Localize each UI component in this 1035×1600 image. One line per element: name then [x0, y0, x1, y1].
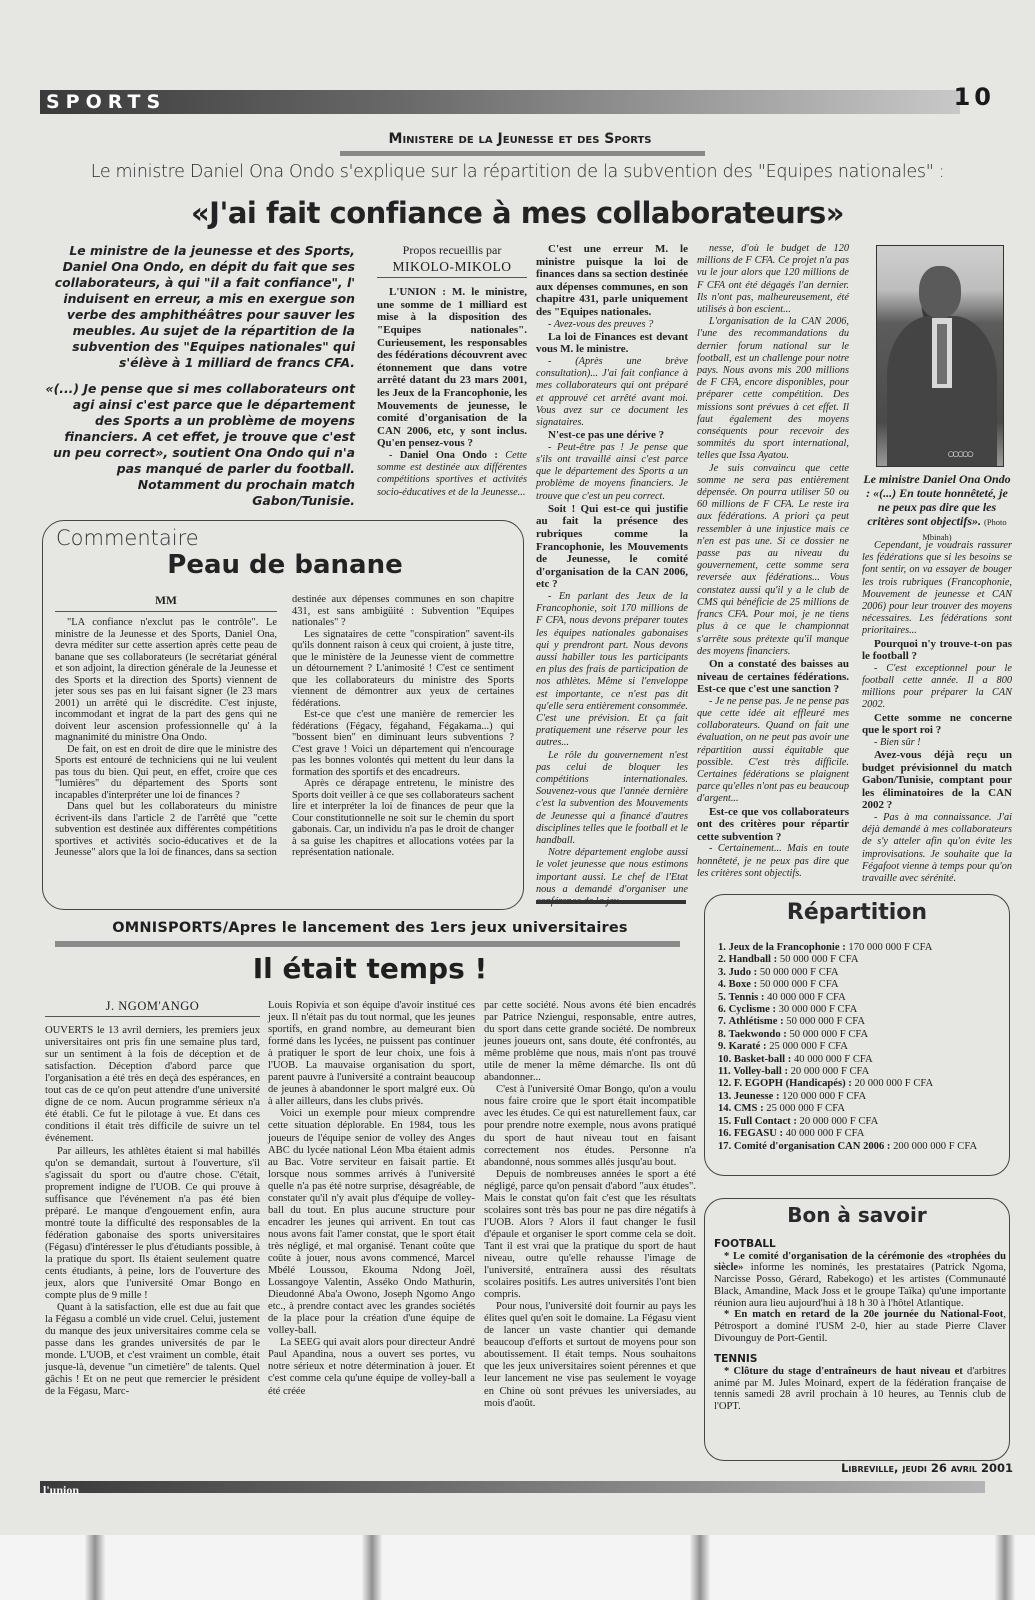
list-item: 12. F. EGOPH (Handicapés) : 20 000 000 F… [718, 1078, 1008, 1090]
interview-question: Avez-vous déjà reçu un budget prévisionn… [862, 749, 1012, 812]
page-number: 10 [954, 83, 995, 111]
interview-column-2: C'est une erreur M. le ministre puisque … [536, 243, 688, 908]
interview-column-3: nesse, d'où le budget de 120 millions de… [697, 243, 849, 880]
interview-answer: - Je ne pense pas. Je ne pense pas que c… [697, 696, 849, 806]
article2-column-1: J. NGOM'ANGO OUVERTS le 13 avril dernier… [45, 1000, 260, 1399]
byline-author: J. NGOM'ANGO [45, 1000, 260, 1017]
list-item: 10. Basket-ball : 40 000 000 F CFA [718, 1054, 1008, 1066]
scan-artifact [85, 1535, 105, 1600]
brief-item: * Clôture du stage d'entraîneurs de haut… [714, 1366, 1006, 1413]
interview-question: La loi de Finances est devant vous M. le… [536, 331, 688, 356]
list-item: 5. Tennis : 40 000 000 F CFA [718, 992, 1008, 1004]
speaker-label: - Daniel Ona Ondo : [389, 450, 505, 461]
commentary-title: Peau de banane [40, 550, 530, 580]
newspaper-logo: l'union [40, 1483, 79, 1497]
interview-column-1: Propos recueillis par MIKOLO-MIKOLO L'UN… [377, 243, 527, 499]
repartition-title: Répartition [704, 900, 1010, 925]
interview-answer: - Pas à ma connaissance. J'ai déjà deman… [862, 812, 1012, 885]
commentary-paragraph: "LA confiance n'exclut pas le contrôle".… [55, 617, 277, 744]
list-item: 7. Athlétisme : 50 000 000 F CFA [718, 1016, 1008, 1028]
section-label: SPORTS [40, 91, 166, 113]
omnisports-kicker: OMNISPORTS/Apres le lancement des 1ers j… [40, 920, 700, 936]
commentary-paragraph: De fait, on est en droit de dire que le … [55, 744, 277, 802]
commentary-paragraph: Dans quel but les collaborateurs du mini… [55, 801, 277, 859]
list-item: 16. FEGASU : 40 000 000 F CFA [718, 1128, 1008, 1140]
section-heading: FOOTBALL [714, 1239, 1006, 1251]
column-end-rule [536, 900, 686, 904]
scan-artifact [362, 1535, 382, 1600]
interview-question: On a constaté des baisses au niveau de c… [697, 658, 849, 696]
kicker-rule [340, 151, 705, 156]
commentary-kicker: Commentaire [56, 526, 199, 550]
interview-question: Cette somme ne concerne que le sport roi… [862, 712, 1012, 737]
commentary-paragraph: Après ce dérapage entretenu, le ministre… [292, 778, 514, 859]
commentary-paragraph: Est-ce que c'est une manière de remercie… [292, 709, 514, 778]
kicker-rule [55, 941, 680, 947]
commentary-byline: MM [55, 595, 277, 612]
section-heading: TENNIS [714, 1354, 1006, 1366]
interview-answer: Je suis convaincu que cette somme ne ser… [697, 463, 849, 658]
list-item: 3. Judo : 50 000 000 F CFA [718, 967, 1008, 979]
interview-answer: Le rôle du gouvernement n'est pas celui … [536, 750, 688, 848]
interview-question: Pourquoi n'y trouve-t-on pas le football… [862, 638, 1012, 663]
article-paragraph: par cette société. Nous avons été bien e… [484, 1000, 696, 1084]
list-item: 6. Cyclisme : 30 000 000 F CFA [718, 1004, 1008, 1016]
article-paragraph: Pour nous, l'université doit fournir au … [484, 1301, 696, 1409]
commentary-paragraph: destinée aux dépenses communes en son ch… [292, 594, 514, 629]
interview-answer: - En parlant des Jeux de la Francophonie… [536, 591, 688, 750]
minister-photo: ○○○○○ [876, 245, 1004, 467]
footer-bar: l'union [40, 1481, 985, 1493]
interview-question: Soit ! Qui est-ce qui justifie au fait l… [536, 503, 688, 591]
interview-answer: - Peut-être pas ! Je pense que s'ils ont… [536, 442, 688, 503]
brief-item: * En match en retard de la 20e journée d… [714, 1309, 1006, 1344]
interview-column-4: Cependant, je voudrais rassurer les fédé… [862, 540, 1012, 885]
commentary-column-1: "LA confiance n'exclut pas le contrôle".… [55, 617, 277, 859]
bon-a-savoir-body: FOOTBALL * Le comité d'organisation de l… [714, 1237, 1006, 1413]
list-item: 17. Comité d'organisation CAN 2006 : 200… [718, 1141, 1008, 1153]
list-item: 14. CMS : 25 000 000 F CFA [718, 1103, 1008, 1115]
list-item: 2. Handball : 50 000 000 F CFA [718, 954, 1008, 966]
list-item: 8. Taekwondo : 50 000 000 F CFA [718, 1029, 1008, 1041]
list-item: 13. Jeunesse : 120 000 000 F CFA [718, 1091, 1008, 1103]
commentary-column-2: destinée aux dépenses communes en son ch… [292, 594, 514, 859]
interview-answer: L'organisation de la CAN 2006, l'une des… [697, 316, 849, 462]
article-kicker: Ministere de la Jeunesse et des Sports [340, 131, 700, 147]
article2-column-3: par cette société. Nous avons été bien e… [484, 1000, 696, 1410]
bon-a-savoir-title: Bon à savoir [704, 1203, 1010, 1227]
interview-answer: nesse, d'où le budget de 120 millions de… [697, 243, 849, 316]
scan-margin [0, 1535, 1035, 1600]
article-headline: Il était temps ! [40, 952, 700, 985]
article-paragraph: Par ailleurs, les athlètes étaient si ma… [45, 1146, 260, 1303]
article-paragraph: Louis Ropivia et son équipe d'avoir inst… [268, 1000, 475, 1108]
article-headline: «J'ai fait confiance à mes collaborateur… [30, 196, 1005, 230]
interview-question: N'est-ce pas une dérive ? [536, 429, 688, 442]
lead-paragraph: Le ministre de la jeunesse et des Sports… [45, 243, 355, 371]
interview-answer: - Avez-vous des preuves ? [536, 319, 688, 331]
list-item: 11. Volley-ball : 20 000 000 F CFA [718, 1066, 1008, 1078]
article2-column-2: Louis Ropivia et son équipe d'avoir inst… [268, 1000, 475, 1398]
lead-paragraph: «(...) Je pense que si mes collaborateur… [45, 381, 355, 509]
photo-caption: Le ministre Daniel Ona Ondo : «(...) En … [862, 472, 1012, 544]
article-lead: Le ministre de la jeunesse et des Sports… [45, 243, 355, 509]
commentary-paragraph: Les signataires de cette "conspiration" … [292, 629, 514, 710]
article-paragraph: La SEEG qui avait alors pour directeur A… [268, 1337, 475, 1397]
list-item: 4. Boxe : 50 000 000 F CFA [718, 979, 1008, 991]
interview-answer: - Bien sûr ! [862, 737, 1012, 749]
list-item: 15. Full Contact : 20 000 000 F CFA [718, 1116, 1008, 1128]
dateline: Libreville, jeudi 26 avril 2001 [841, 1461, 1013, 1475]
list-item: 1. Jeux de la Francophonie : 170 000 000… [718, 942, 1008, 954]
article-paragraph: C'est à l'université Omar Bongo, qu'on a… [484, 1084, 696, 1168]
scan-artifact [690, 1535, 710, 1600]
scan-artifact [995, 1535, 1015, 1600]
interview-question: L'UNION : M. le ministre, une somme de 1… [377, 286, 527, 450]
list-item: 9. Karaté : 25 000 000 F CFA [718, 1041, 1008, 1053]
interview-answer: - Daniel Ona Ondo : Cette somme est dest… [377, 450, 527, 499]
olympic-rings-icon: ○○○○○ [947, 446, 971, 462]
byline-author: MIKOLO-MIKOLO [377, 261, 527, 278]
article-deck: Le ministre Daniel Ona Ondo s'explique s… [30, 162, 1005, 182]
section-header-bar: SPORTS [40, 90, 960, 114]
article-paragraph: Voici un exemple pour mieux comprendre c… [268, 1108, 475, 1337]
article-paragraph: OUVERTS le 13 avril derniers, les premie… [45, 1025, 260, 1145]
interview-answer: - (Après une brève consultation)... J'ai… [536, 356, 688, 429]
interview-question: Est-ce que vos collaborateurs ont des cr… [697, 806, 849, 844]
photo-figure [937, 324, 947, 384]
interview-answer: - C'est exceptionnel pour le football ce… [862, 663, 1012, 712]
photo-figure [919, 266, 961, 318]
interview-answer: - Certainement... Mais en toute honnêtet… [697, 843, 849, 880]
byline-label: Propos recueillis par [377, 243, 527, 257]
interview-question: C'est une erreur M. le ministre puisque … [536, 243, 688, 319]
repartition-list: 1. Jeux de la Francophonie : 170 000 000… [718, 942, 1008, 1153]
interview-answer: Cependant, je voudrais rassurer les fédé… [862, 540, 1012, 638]
brief-item: * Le comité d'organisation de la cérémon… [714, 1251, 1006, 1310]
article-paragraph: Quant à la satisfaction, elle est due au… [45, 1302, 260, 1398]
article-paragraph: Depuis de nombreuses années le sport a é… [484, 1169, 696, 1302]
